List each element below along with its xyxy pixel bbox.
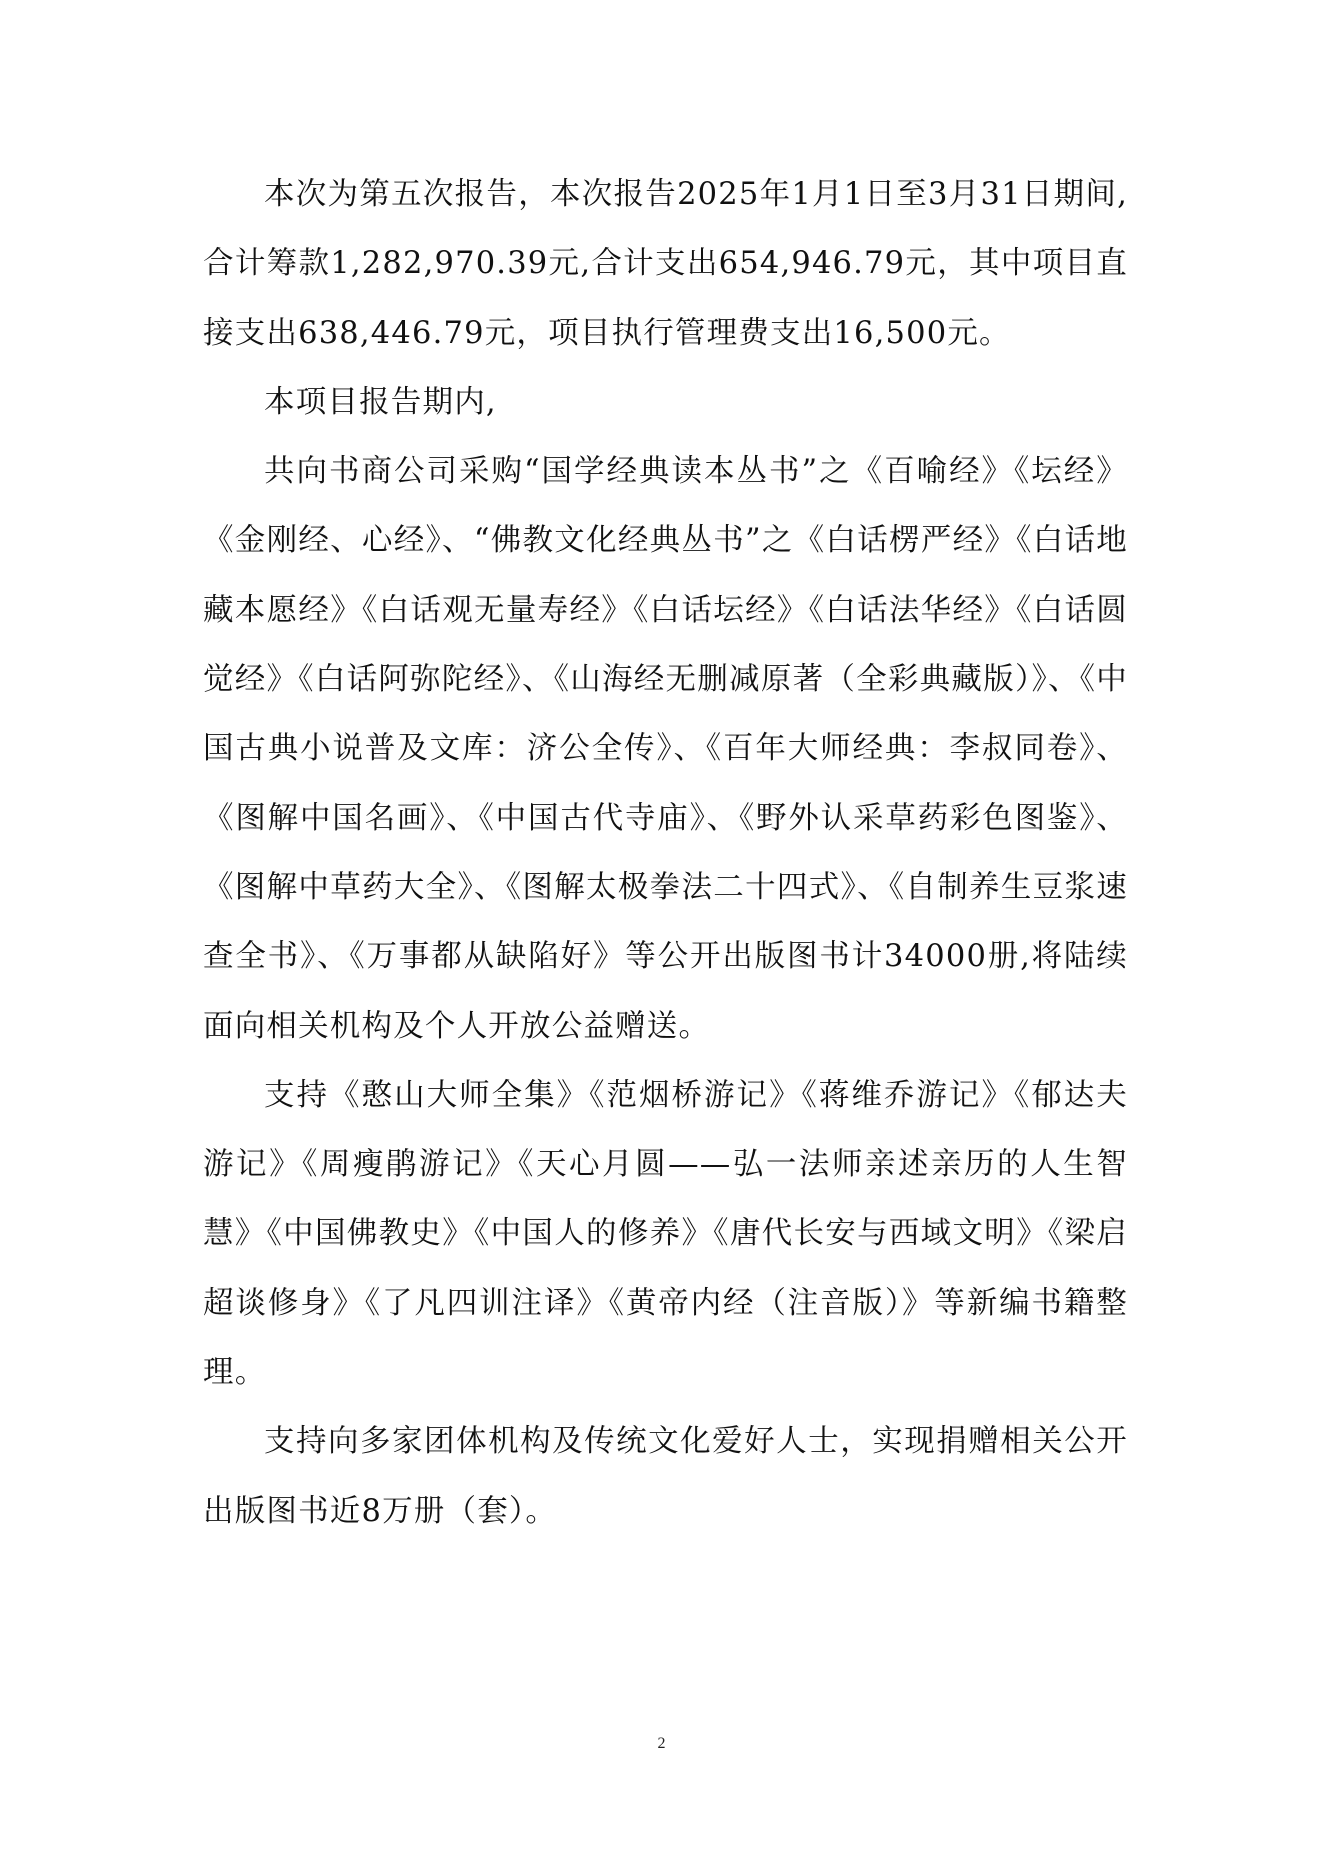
- paragraph-book-donation: 支持向多家团体机构及传统文化爱好人士，实现捐赠相关公开出版图书近8万册（套）。: [203, 1407, 1128, 1546]
- document-body: 本次为第五次报告，本次报告2025年1月1日至3月31日期间,合计筹款1,282…: [203, 160, 1128, 1546]
- paragraph-book-editing: 支持《憨山大师全集》《范烟桥游记》《蒋维乔游记》《郁达夫游记》《周瘦鹃游记》《天…: [203, 1061, 1128, 1407]
- paragraph-book-purchase: 共向书商公司采购“国学经典读本丛书”之《百喻经》《坛经》《金刚经、心经》、“佛教…: [203, 437, 1128, 1061]
- paragraph-report-summary: 本次为第五次报告，本次报告2025年1月1日至3月31日期间,合计筹款1,282…: [203, 160, 1128, 368]
- document-page: 本次为第五次报告，本次报告2025年1月1日至3月31日期间,合计筹款1,282…: [0, 0, 1323, 1871]
- paragraph-period-intro: 本项目报告期内,: [203, 368, 1128, 437]
- page-number: 2: [0, 1735, 1323, 1753]
